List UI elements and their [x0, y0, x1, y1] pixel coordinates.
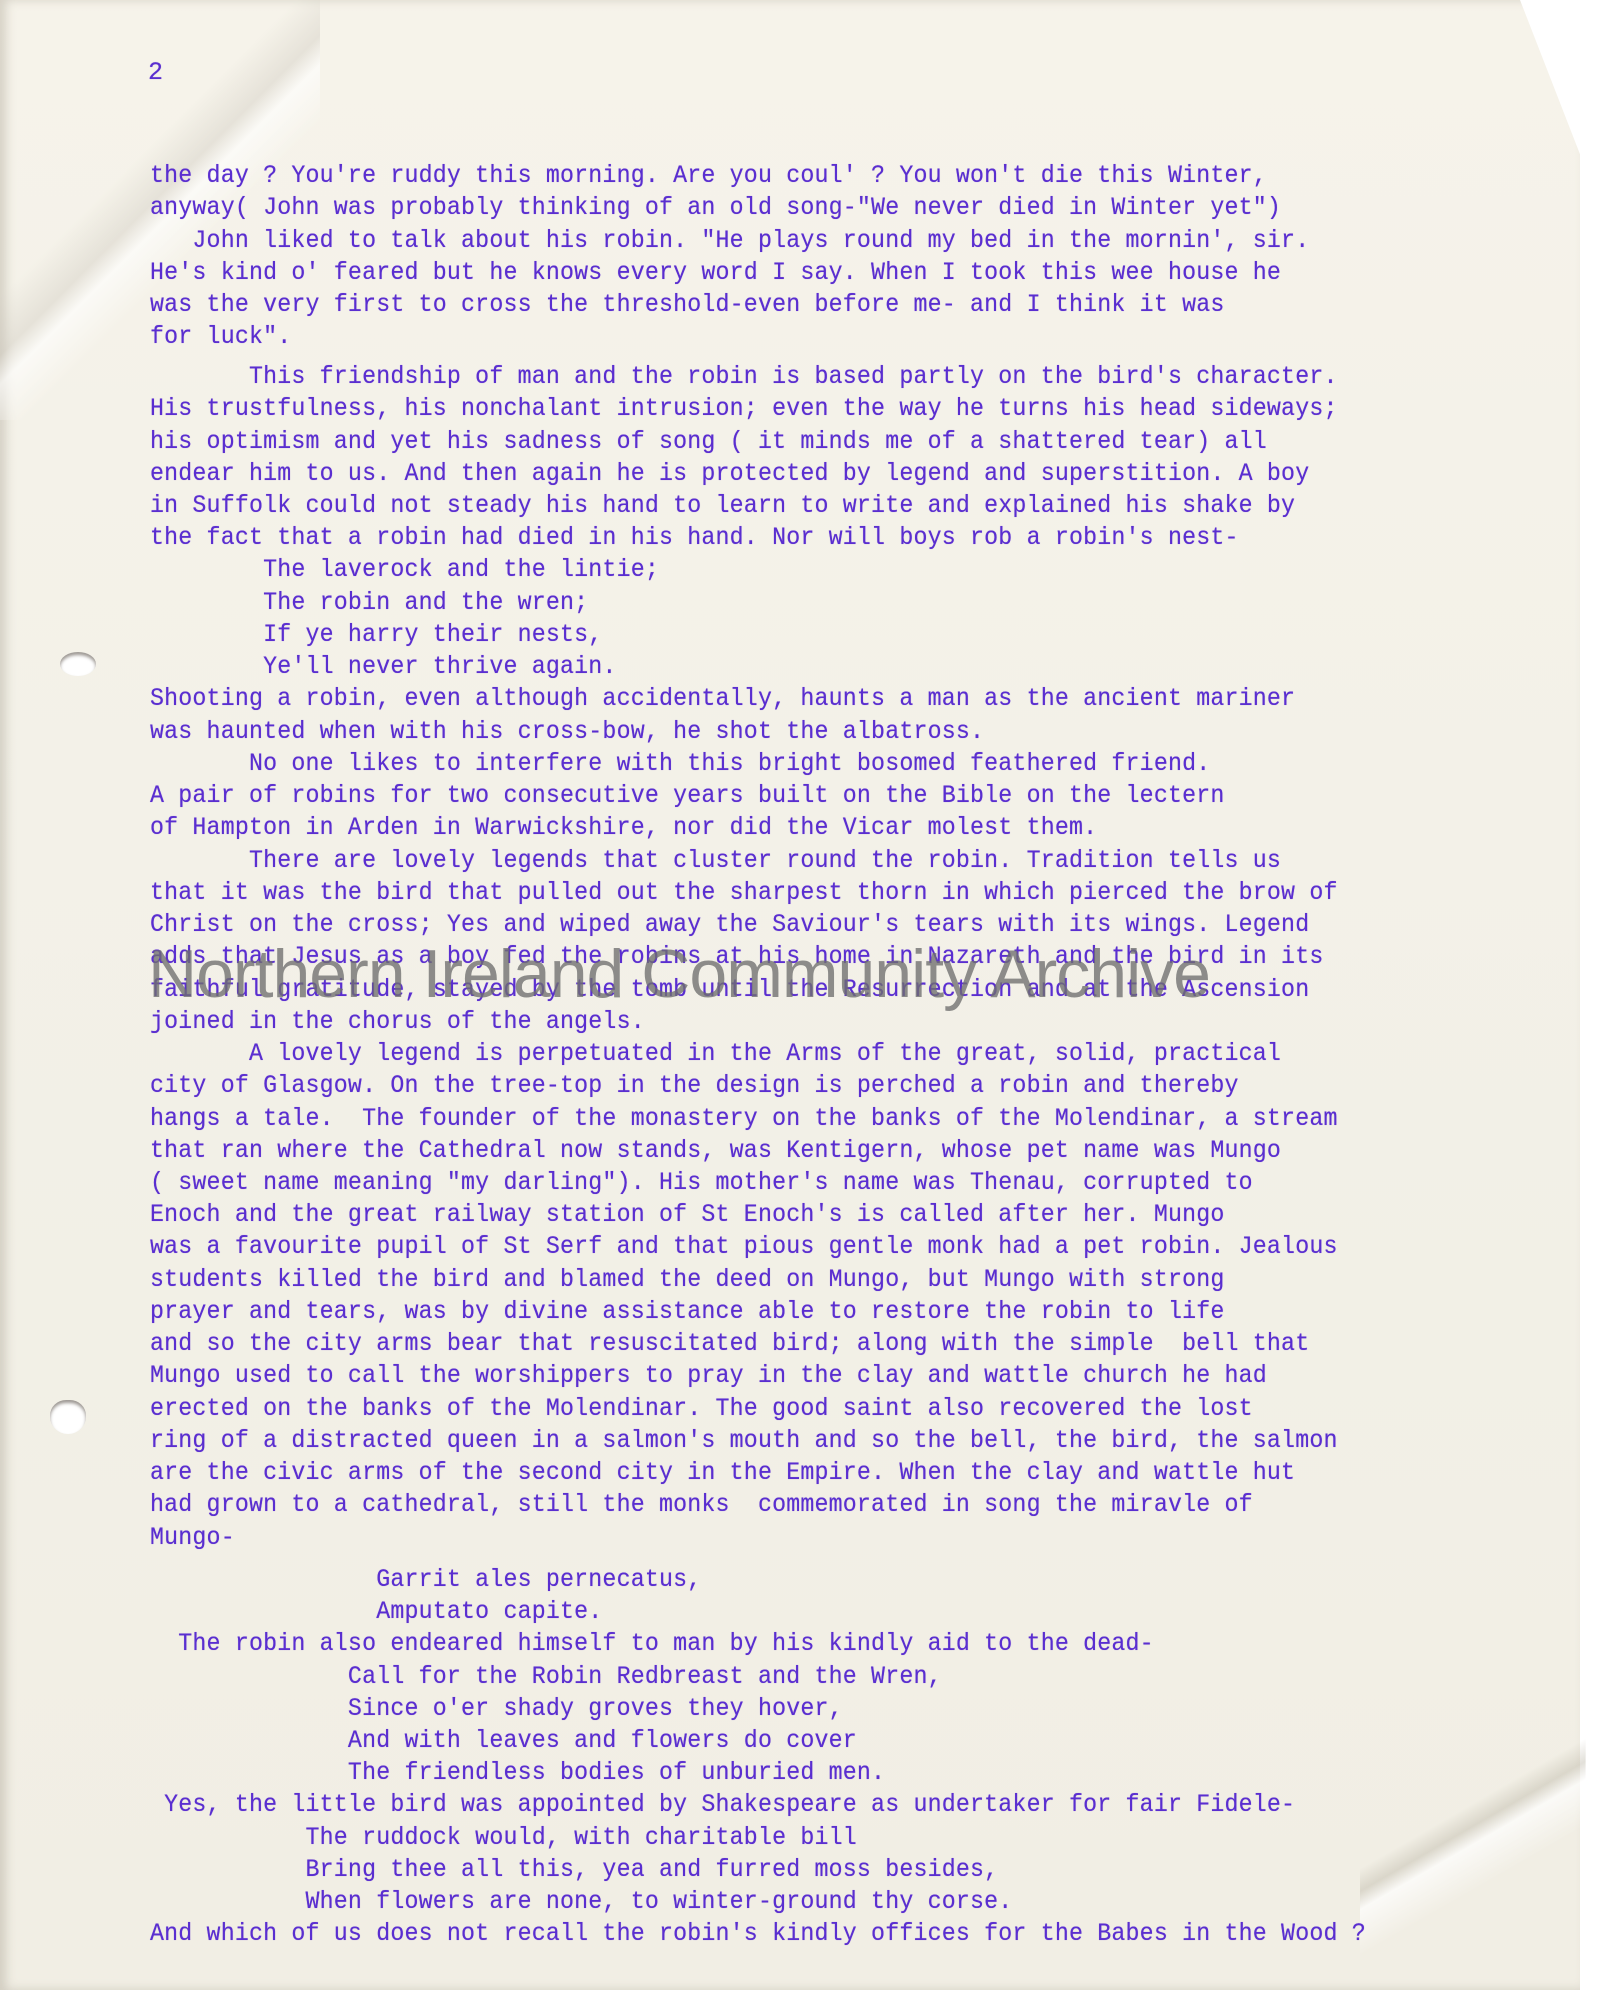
text-line: are the civic arms of the second city in…: [150, 1458, 1295, 1487]
text-line: students killed the bird and blamed the …: [150, 1265, 1225, 1294]
text-line: of Hampton in Arden in Warwickshire, nor…: [150, 813, 1097, 842]
text-line: Since o'er shady groves they hover,: [150, 1694, 843, 1723]
text-line: A pair of robins for two consecutive yea…: [150, 781, 1225, 810]
text-line: his optimism and yet his sadness of song…: [150, 427, 1267, 456]
typed-page: 2 the day ? You're ruddy this morning. A…: [0, 0, 1580, 1990]
text-line: John liked to talk about his robin. "He …: [150, 226, 1309, 255]
text-line: endear him to us. And then again he is p…: [150, 459, 1309, 488]
typewritten-text: 2 the day ? You're ruddy this morning. A…: [0, 0, 61, 145]
text-line: Mungo-: [150, 1523, 235, 1552]
text-line: Bring thee all this, yea and furred moss…: [150, 1855, 998, 1884]
text-line: the day ? You're ruddy this morning. Are…: [150, 161, 1267, 190]
text-line: A lovely legend is perpetuated in the Ar…: [150, 1039, 1281, 1068]
text-line: The laverock and the lintie;: [150, 555, 659, 584]
text-line: The robin also endeared himself to man b…: [150, 1629, 1154, 1658]
text-line: ( sweet name meaning "my darling"). His …: [150, 1168, 1253, 1197]
text-line: ring of a distracted queen in a salmon's…: [150, 1426, 1338, 1455]
text-line: This friendship of man and the robin is …: [150, 362, 1338, 391]
text-line: Garrit ales pernecatus,: [150, 1565, 701, 1594]
text-line: Ye'll never thrive again.: [150, 652, 617, 681]
text-line: hangs a tale. The founder of the monaste…: [150, 1104, 1338, 1133]
text-line: was the very first to cross the threshol…: [150, 290, 1225, 319]
text-line: And with leaves and flowers do cover: [150, 1726, 857, 1755]
text-line: There are lovely legends that cluster ro…: [150, 846, 1281, 875]
text-line: for luck".: [150, 322, 291, 351]
text-line: had grown to a cathedral, still the monk…: [150, 1490, 1253, 1519]
text-line: Yes, the little bird was appointed by Sh…: [150, 1790, 1295, 1819]
text-line: city of Glasgow. On the tree-top in the …: [150, 1071, 1239, 1100]
text-line: His trustfulness, his nonchalant intrusi…: [150, 394, 1338, 423]
text-line: The ruddock would, with charitable bill: [150, 1823, 857, 1852]
text-line: No one likes to interfere with this brig…: [150, 749, 1210, 778]
text-line: If ye harry their nests,: [150, 620, 602, 649]
text-line: Enoch and the great railway station of S…: [150, 1200, 1225, 1229]
text-line: that ran where the Cathedral now stands,…: [150, 1136, 1281, 1165]
text-line: The robin and the wren;: [150, 588, 588, 617]
text-line: in Suffolk could not steady his hand to …: [150, 491, 1295, 520]
text-line: The friendless bodies of unburied men.: [150, 1758, 885, 1787]
text-line: Mungo used to call the worshippers to pr…: [150, 1361, 1267, 1390]
text-line: the fact that a robin had died in his ha…: [150, 523, 1239, 552]
paper-fold: [1360, 1660, 1590, 1990]
punch-hole: [50, 1400, 86, 1434]
punch-hole: [60, 652, 96, 676]
text-line: When flowers are none, to winter-ground …: [150, 1887, 1012, 1916]
text-line: Amputato capite.: [150, 1597, 602, 1626]
text-line: was a favourite pupil of St Serf and tha…: [150, 1232, 1338, 1261]
text-line: that it was the bird that pulled out the…: [150, 878, 1338, 907]
text-line: prayer and tears, was by divine assistan…: [150, 1297, 1225, 1326]
text-line: erected on the banks of the Molendinar. …: [150, 1394, 1253, 1423]
archive-watermark: Northern Ireland Community Archive: [148, 935, 1210, 1013]
page-number: 2: [148, 58, 163, 87]
text-line: He's kind o' feared but he knows every w…: [150, 258, 1281, 287]
text-line: Shooting a robin, even although accident…: [150, 684, 1295, 713]
text-line: was haunted when with his cross-bow, he …: [150, 717, 984, 746]
text-line: and so the city arms bear that resuscita…: [150, 1329, 1309, 1358]
text-line: anyway( John was probably thinking of an…: [150, 193, 1281, 222]
text-line: And which of us does not recall the robi…: [150, 1919, 1366, 1948]
text-line: Call for the Robin Redbreast and the Wre…: [150, 1662, 942, 1691]
